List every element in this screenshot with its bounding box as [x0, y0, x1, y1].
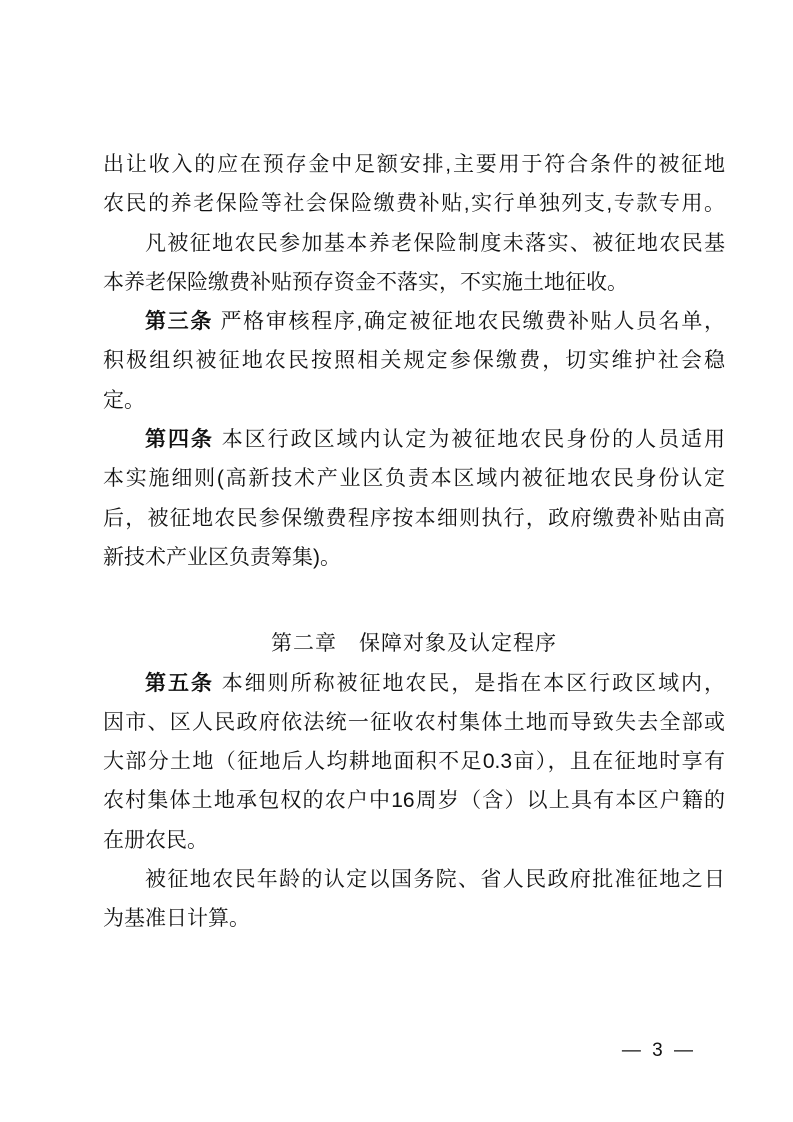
- text-line: 后，被征地农民参保缴费程序按本细则执行，政府缴费补贴由高: [103, 499, 725, 538]
- article-number: 第四条: [145, 428, 214, 451]
- text-line-article-3: 第三条 严格审核程序,确定被征地农民缴费补贴人员名单，: [103, 302, 725, 341]
- text-line: 被征地农民年龄的认定以国务院、省人民政府批准征地之日: [103, 860, 725, 899]
- text-line: 定。: [103, 381, 725, 420]
- document-page: 出让收入的应在预存金中足额安排,主要用于符合条件的被征地 农民的养老保险等社会保…: [0, 0, 793, 1122]
- text-line: 农民的养老保险等社会保险缴费补贴,实行单独列支,专款专用。: [103, 184, 725, 223]
- text-line: 积极组织被征地农民按照相关规定参保缴费，切实维护社会稳: [103, 341, 725, 380]
- text-line-article-4: 第四条 本区行政区域内认定为被征地农民身份的人员适用: [103, 420, 725, 459]
- text-line: 本养老保险缴费补贴预存资金不落实，不实施土地征收。: [103, 263, 725, 302]
- text-line: 农村集体土地承包权的农户中16周岁（含）以上具有本区户籍的: [103, 781, 725, 820]
- text-line: 在册农民。: [103, 821, 725, 860]
- article-number: 第五条: [145, 672, 214, 695]
- text-line: 本实施细则(高新技术产业区负责本区域内被征地农民身份认定: [103, 459, 725, 498]
- text-line-article-5: 第五条 本细则所称被征地农民，是指在本区行政区域内，: [103, 664, 725, 703]
- article-number: 第三条: [145, 310, 213, 333]
- chapter-heading: 第二章 保障对象及认定程序: [103, 624, 725, 663]
- text-line: 为基准日计算。: [103, 899, 725, 938]
- text-line: 大部分土地（征地后人均耕地面积不足0.3亩），且在征地时享有: [103, 742, 725, 781]
- text-block: 出让收入的应在预存金中足额安排,主要用于符合条件的被征地 农民的养老保险等社会保…: [103, 145, 725, 939]
- text-line: 新技术产业区负责筹集)。: [103, 538, 725, 577]
- text-line: 出让收入的应在预存金中足额安排,主要用于符合条件的被征地: [103, 145, 725, 184]
- text-line: 因市、区人民政府依法统一征收农村集体土地而导致失去全部或: [103, 703, 725, 742]
- page-number: — 3 —: [622, 1040, 696, 1062]
- text-line: 凡被征地农民参加基本养老保险制度未落实、被征地农民基: [103, 224, 725, 263]
